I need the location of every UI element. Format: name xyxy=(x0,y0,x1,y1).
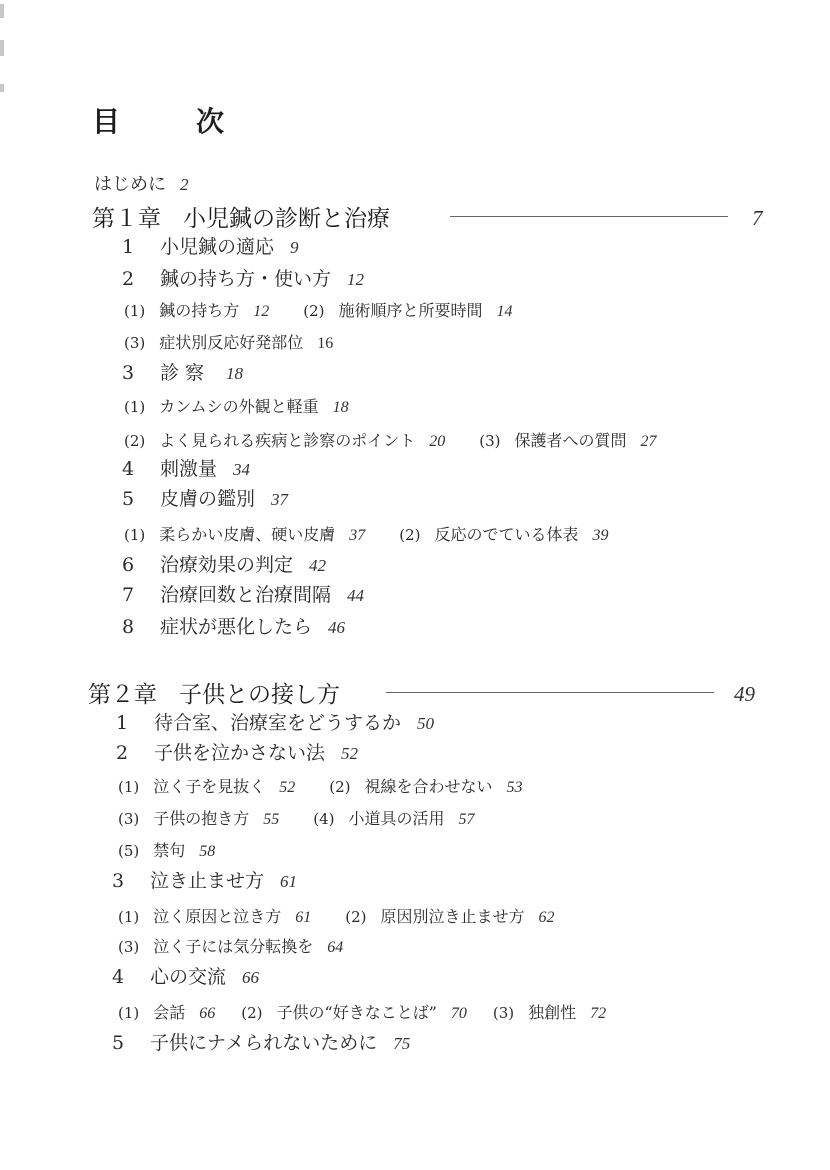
toc-section[interactable]: 6 治療効果の判定 42 xyxy=(122,550,326,577)
page-number: 9 xyxy=(290,238,299,258)
toc-subsection[interactable]: (1) 鍼の持ち方 12 xyxy=(124,298,269,321)
page-number: 64 xyxy=(327,939,343,957)
toc-subsection[interactable]: (2) 子供の“好きなことば” 70 xyxy=(241,1000,467,1023)
page-number: 12 xyxy=(253,303,269,321)
toc-subsection[interactable]: (5) 禁句 58 xyxy=(118,838,215,861)
chapter-title: 小児鍼の診断と治療 xyxy=(183,200,390,233)
toc-section[interactable]: 4 心の交流 66 xyxy=(112,962,259,989)
toc-section[interactable]: 3 診察 18 xyxy=(122,358,243,385)
page-number: 61 xyxy=(295,909,311,927)
toc-subsection[interactable]: (2) よく見られる疾病と診察のポイント 20 xyxy=(124,428,445,451)
page-number: 57 xyxy=(459,811,475,829)
toc-subsection-row: (3) 症状別反応好発部位 16 xyxy=(124,330,333,353)
page-number: 46 xyxy=(328,618,345,638)
page-number: 7 xyxy=(752,206,763,231)
page-number: 42 xyxy=(309,556,326,576)
chapter-number: 第２章 xyxy=(88,676,157,709)
page-title: 目 次 xyxy=(92,100,248,140)
toc-subsection-row: (1) 会話 66 (2) 子供の“好きなことば” 70 (3) 独創性 72 xyxy=(118,1000,606,1023)
toc-section[interactable]: 8 症状が悪化したら 46 xyxy=(122,612,345,639)
toc-subsection[interactable]: (1) カンムシの外観と軽重 18 xyxy=(124,394,349,417)
page-number: 75 xyxy=(393,1034,410,1054)
page-number: 55 xyxy=(263,811,279,829)
toc-section[interactable]: 5 子供にナメられないために 75 xyxy=(112,1028,410,1055)
toc-subsection[interactable]: (1) 柔らかい皮膚、硬い皮膚 37 xyxy=(124,522,365,545)
page-number: 18 xyxy=(333,399,349,417)
page-number: 44 xyxy=(347,586,364,606)
toc-subsection[interactable]: (2) 原因別泣き止ませ方 62 xyxy=(345,904,554,927)
page-number: 37 xyxy=(271,490,288,510)
scan-edge-mark xyxy=(0,84,4,92)
page-number: 66 xyxy=(199,1005,215,1023)
toc-subsection[interactable]: (2) 施術順序と所要時間 14 xyxy=(303,298,512,321)
page-number: 62 xyxy=(539,909,555,927)
toc-subsection[interactable]: (3) 保護者への質問 27 xyxy=(479,428,656,451)
toc-intro[interactable]: はじめに 2 xyxy=(94,170,189,196)
page-number: 49 xyxy=(734,682,755,707)
toc-subsection-row: (1) 鍼の持ち方 12 (2) 施術順序と所要時間 14 xyxy=(124,298,513,321)
toc-subsection[interactable]: (4) 小道具の活用 57 xyxy=(313,806,474,829)
toc-section[interactable]: 7 治療回数と治療間隔 44 xyxy=(122,580,364,607)
page-number: 58 xyxy=(199,843,215,861)
toc-subsection[interactable]: (3) 独創性 72 xyxy=(493,1000,606,1023)
page-number: 61 xyxy=(280,872,297,892)
toc-chapter-1[interactable]: 第１章 小児鍼の診断と治療 7 xyxy=(92,200,792,233)
page-number: 34 xyxy=(233,460,250,480)
page-number: 20 xyxy=(429,433,445,451)
page-number: 66 xyxy=(242,968,259,988)
page-number: 52 xyxy=(341,744,358,764)
page-number: 12 xyxy=(347,270,364,290)
toc-subsection-row: (1) 泣く子を見抜く 52 (2) 視線を合わせない 53 xyxy=(118,774,523,797)
toc-section[interactable]: 2 子供を泣かさない法 52 xyxy=(116,738,358,765)
toc-section[interactable]: 3 泣き止ませ方 61 xyxy=(112,866,297,893)
toc-subsection[interactable]: (1) 会話 66 xyxy=(118,1000,215,1023)
page-number: 2 xyxy=(180,175,189,195)
toc-section[interactable]: 2 鍼の持ち方・使い方 12 xyxy=(122,264,364,291)
toc-subsection-row: (1) 泣く原因と泣き方 61 (2) 原因別泣き止ませ方 62 xyxy=(118,904,555,927)
page-number: 37 xyxy=(349,527,365,545)
toc-subsection[interactable]: (3) 症状別反応好発部位 16 xyxy=(124,330,333,353)
page-number: 70 xyxy=(451,1005,467,1023)
toc-section[interactable]: 5 皮膚の鑑別 37 xyxy=(122,484,288,511)
toc-section[interactable]: 4 刺激量 34 xyxy=(122,454,250,481)
chapter-title: 子供との接し方 xyxy=(179,676,340,709)
toc-subsection-row: (2) よく見られる疾病と診察のポイント 20 (3) 保護者への質問 27 xyxy=(124,428,657,451)
page-number: 16 xyxy=(317,335,333,353)
toc-subsection[interactable]: (1) 泣く原因と泣き方 61 xyxy=(118,904,311,927)
toc-subsection[interactable]: (1) 泣く子を見抜く 52 xyxy=(118,774,295,797)
chapter-number: 第１章 xyxy=(92,200,161,233)
page-number: 53 xyxy=(507,779,523,797)
toc-subsection[interactable]: (2) 反応のでている体表 39 xyxy=(399,522,608,545)
page-number: 27 xyxy=(641,433,657,451)
scan-edge-mark xyxy=(0,4,4,18)
toc-label: はじめに xyxy=(94,170,166,196)
page-number: 52 xyxy=(279,779,295,797)
toc-subsection[interactable]: (2) 視線を合わせない 53 xyxy=(329,774,522,797)
toc-section[interactable]: 1 小児鍼の適応 9 xyxy=(122,232,299,259)
toc-subsection-row: (3) 子供の抱き方 55 (4) 小道具の活用 57 xyxy=(118,806,475,829)
scan-edge-mark xyxy=(0,40,4,56)
page-number: 18 xyxy=(226,364,243,384)
toc-section[interactable]: 1 待合室、治療室をどうするか 50 xyxy=(116,708,434,735)
toc-subsection-row: (1) 柔らかい皮膚、硬い皮膚 37 (2) 反応のでている体表 39 xyxy=(124,522,609,545)
toc-subsection[interactable]: (3) 子供の抱き方 55 xyxy=(118,806,279,829)
toc-subsection-row: (5) 禁句 58 xyxy=(118,838,215,861)
page-number: 39 xyxy=(593,527,609,545)
page-number: 14 xyxy=(497,303,513,321)
toc-subsection[interactable]: (3) 泣く子には気分転換を 64 xyxy=(118,934,343,957)
toc-chapter-2[interactable]: 第２章 子供との接し方 49 xyxy=(88,676,788,709)
toc-subsection-row: (3) 泣く子には気分転換を 64 xyxy=(118,934,343,957)
toc-subsection-row: (1) カンムシの外観と軽重 18 xyxy=(124,394,349,417)
page-number: 50 xyxy=(417,714,434,734)
leader-rule xyxy=(450,216,728,217)
leader-rule xyxy=(386,692,714,693)
page-number: 72 xyxy=(590,1005,606,1023)
